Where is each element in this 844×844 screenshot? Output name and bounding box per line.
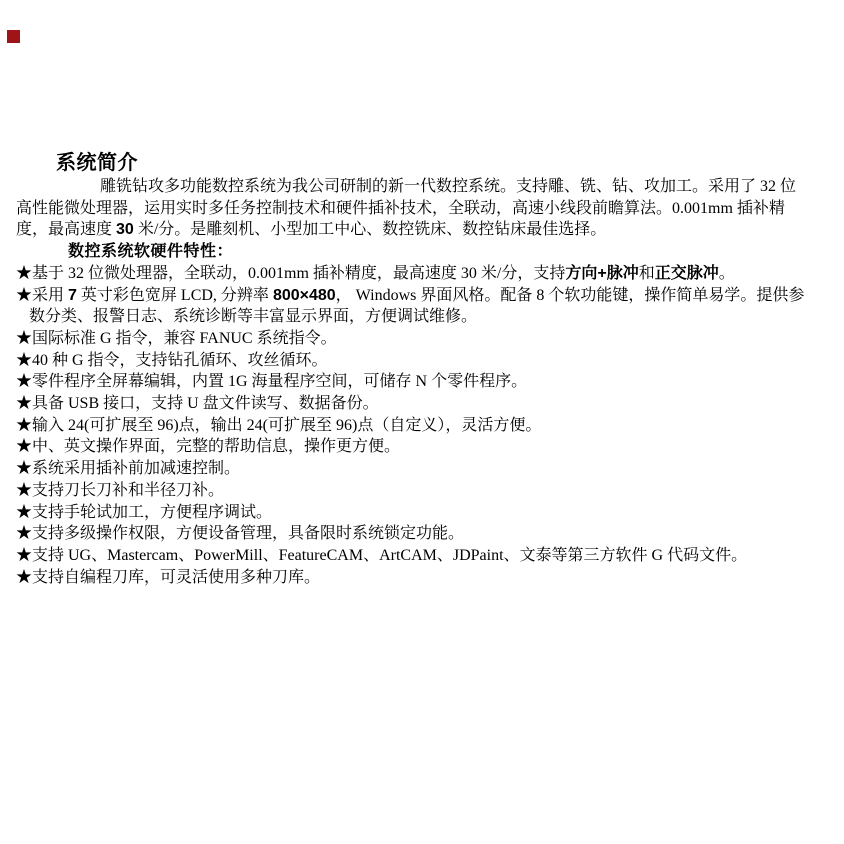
text-segment: ★支持刀长刀补和半径刀补。 xyxy=(16,482,224,499)
text-segment: ★支持多级操作权限，方便设备管理，具备限时系统锁定功能。 xyxy=(16,525,464,542)
text-segment: ★基于 32 位微处理器，全联动，0.001mm 插补精度，最高速度 30 米/… xyxy=(16,265,565,282)
feature-item: ★输入 24(可扩展至 96)点，输出 24(可扩展至 96)点（自定义），灵活… xyxy=(16,415,838,437)
text-segment: ★支持手轮试加工，方便程序调试。 xyxy=(16,504,272,521)
feature-item: ★支持刀长刀补和半径刀补。 xyxy=(16,480,838,502)
text-segment: 高性能微处理器，运用实时多任务控制技术和硬件插补技术，全联动，高速小线段前瞻算法… xyxy=(16,200,785,217)
text-segment: ★系统采用插补前加减速控制。 xyxy=(16,460,240,477)
feature-list: ★基于 32 位微处理器，全联动，0.001mm 插补精度，最高速度 30 米/… xyxy=(16,263,838,589)
feature-item: ★40 种 G 指令，支持钻孔循环、攻丝循环。 xyxy=(16,350,838,372)
text-segment: 。 xyxy=(719,265,735,282)
paragraph-line: 高性能微处理器，运用实时多任务控制技术和硬件插补技术，全联动，高速小线段前瞻算法… xyxy=(16,198,838,220)
bold-text: 800×480 xyxy=(273,287,336,304)
features-subheading: 数控系统软硬件特性： xyxy=(16,241,838,263)
paragraph-line: 度，最高速度 30 米/分。是雕刻机、小型加工中心、数控铣床、数控钻床最佳选择。 xyxy=(16,219,838,241)
text-segment: 米/分。是雕刻机、小型加工中心、数控铣床、数控钻床最佳选择。 xyxy=(134,221,606,238)
text-segment: ， Windows 界面风格。配备 8 个软功能键，操作简单易学。提供参 xyxy=(336,287,805,304)
paragraph-line: 雕铣钻攻多功能数控系统为我公司研制的新一代数控系统。支持雕、铣、钻、攻加工。采用… xyxy=(16,176,838,198)
feature-item: ★采用 7 英寸彩色宽屏 LCD, 分辨率 800×480， Windows 界… xyxy=(16,285,838,307)
feature-item: ★支持 UG、Mastercam、PowerMill、FeatureCAM、Ar… xyxy=(16,545,838,567)
text-segment: ★40 种 G 指令，支持钻孔循环、攻丝循环。 xyxy=(16,352,328,369)
text-segment: ★零件程序全屏幕编辑，内置 1G 海量程序空间，可储存 N 个零件程序。 xyxy=(16,373,527,390)
bold-text: 方向+脉冲 xyxy=(565,265,638,282)
feature-item: ★基于 32 位微处理器，全联动，0.001mm 插补精度，最高速度 30 米/… xyxy=(16,263,838,285)
text-segment: ★支持自编程刀库，可灵活使用多种刀库。 xyxy=(16,569,320,586)
red-stamp-mark xyxy=(7,30,20,43)
text-segment: ★输入 24(可扩展至 96)点，输出 24(可扩展至 96)点（自定义），灵活… xyxy=(16,417,541,434)
text-segment: ★采用 xyxy=(16,287,68,304)
text-segment: 雕铣钻攻多功能数控系统为我公司研制的新一代数控系统。支持雕、铣、钻、攻加工。采用… xyxy=(100,178,796,195)
text-segment: 英寸彩色宽屏 LCD, 分辨率 xyxy=(77,287,273,304)
feature-item: ★支持自编程刀库，可灵活使用多种刀库。 xyxy=(16,567,838,589)
bold-text: 30 xyxy=(116,221,134,238)
text-segment: 数分类、报警日志、系统诊断等丰富显示界面，方便调试维修。 xyxy=(29,308,477,325)
page-title: 系统简介 xyxy=(16,150,838,176)
text-segment: ★具备 USB 接口，支持 U 盘文件读写、数据备份。 xyxy=(16,395,379,412)
text-segment: ★中、英文操作界面，完整的帮助信息，操作更方便。 xyxy=(16,438,400,455)
document-page: 系统简介 雕铣钻攻多功能数控系统为我公司研制的新一代数控系统。支持雕、铣、钻、攻… xyxy=(16,150,838,588)
feature-item: ★国际标准 G 指令，兼容 FANUC 系统指令。 xyxy=(16,328,838,350)
feature-item: ★中、英文操作界面，完整的帮助信息，操作更方便。 xyxy=(16,436,838,458)
feature-item-continuation: 数分类、报警日志、系统诊断等丰富显示界面，方便调试维修。 xyxy=(16,306,838,328)
text-segment: 和 xyxy=(639,265,655,282)
text-segment: ★国际标准 G 指令，兼容 FANUC 系统指令。 xyxy=(16,330,337,347)
intro-paragraph: 雕铣钻攻多功能数控系统为我公司研制的新一代数控系统。支持雕、铣、钻、攻加工。采用… xyxy=(16,176,838,241)
text-segment: ★支持 UG、Mastercam、PowerMill、FeatureCAM、Ar… xyxy=(16,547,747,564)
text-segment: 度，最高速度 xyxy=(16,221,116,238)
feature-item: ★支持手轮试加工，方便程序调试。 xyxy=(16,502,838,524)
feature-item: ★系统采用插补前加减速控制。 xyxy=(16,458,838,480)
feature-item: ★零件程序全屏幕编辑，内置 1G 海量程序空间，可储存 N 个零件程序。 xyxy=(16,371,838,393)
bold-text: 7 xyxy=(68,287,77,304)
feature-item: ★具备 USB 接口，支持 U 盘文件读写、数据备份。 xyxy=(16,393,838,415)
bold-text: 正交脉冲 xyxy=(655,265,719,282)
feature-item: ★支持多级操作权限，方便设备管理，具备限时系统锁定功能。 xyxy=(16,523,838,545)
